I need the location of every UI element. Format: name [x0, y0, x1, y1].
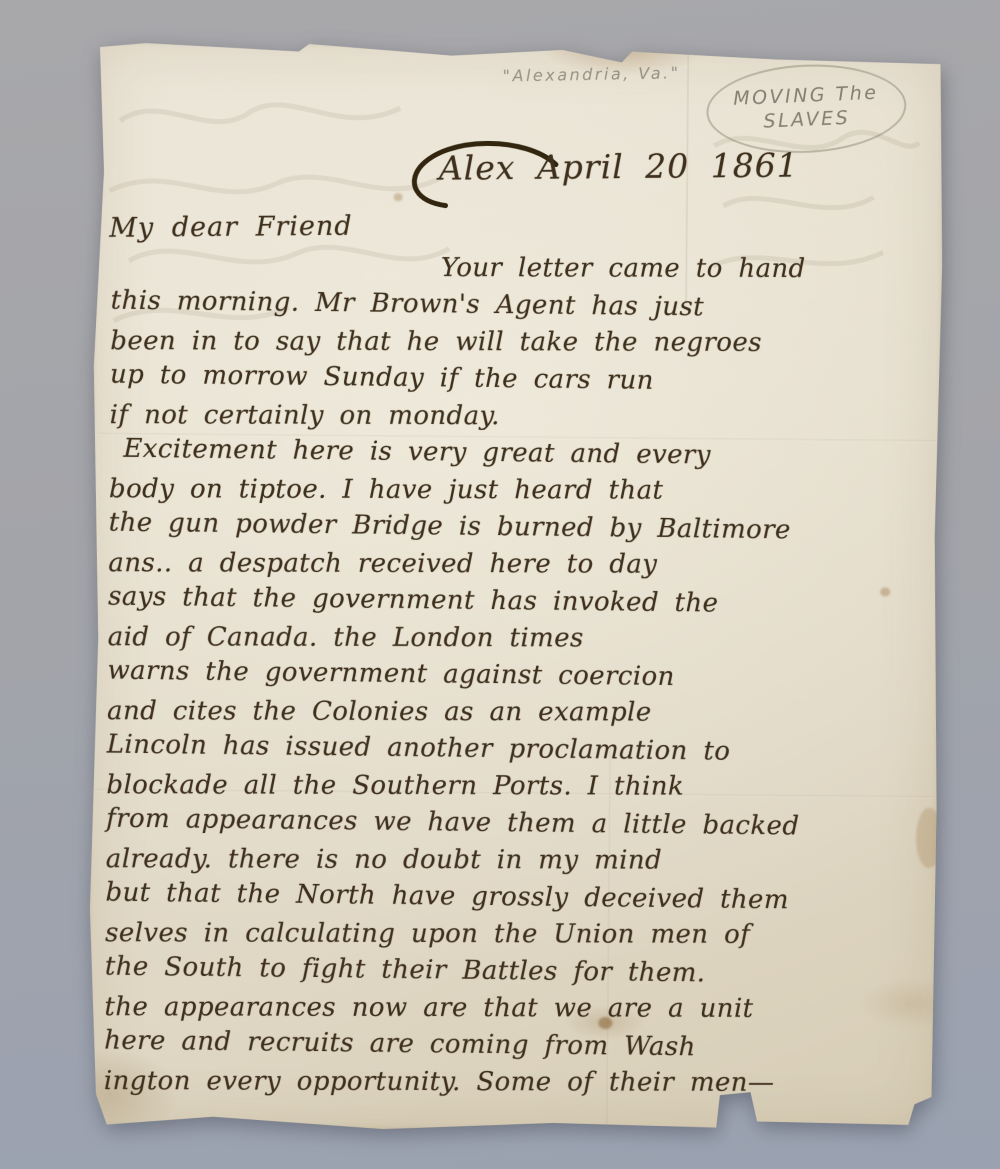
pencil-subject-note-circle: MOVING The SLAVES [705, 60, 909, 157]
letter-paper: "Alexandria, Va." MOVING The SLAVES Alex… [85, 41, 944, 1134]
stain-spot [916, 808, 943, 868]
letter-line: blockade all the Southern Ports. I think [106, 767, 918, 806]
letter-line: here and recruits are coming from Wash [104, 1023, 916, 1069]
letter-line: body on tiptoe. I have just heard that [109, 471, 921, 510]
letter-line: Excitement here is very great and every [109, 431, 921, 477]
pencil-subject-note-line2: SLAVES [763, 107, 851, 135]
letter-line: been in to say that he will take the neg… [110, 323, 922, 362]
letter-line: Lincoln has issued another proclamation … [107, 727, 919, 773]
letter-body: Your letter came to hand this morning. M… [104, 247, 923, 1105]
letter-line: the gun powder Bridge is burned by Balti… [109, 505, 921, 551]
letter-line: ington every opportunity. Some of their … [104, 1063, 916, 1102]
letter-line: the South to fight their Battles for the… [105, 949, 917, 995]
letter-line: if not certainly on monday. [110, 397, 922, 436]
photo-backdrop: "Alexandria, Va." MOVING The SLAVES Alex… [0, 0, 1000, 1169]
letter-line: but that the North have grossly deceived… [105, 875, 917, 921]
letter-dateline: Alex April 20 1861 [439, 146, 799, 188]
letter-line: Your letter came to hand [111, 249, 923, 288]
letter-line: already. there is no doubt in my mind [106, 841, 918, 880]
pencil-subject-note-line1: MOVING The [733, 82, 879, 112]
letter-line: up to morrow Sunday if the cars run [110, 357, 922, 403]
letter-line: the appearances now are that we are a un… [104, 989, 916, 1028]
letter-paper-wrap: "Alexandria, Va." MOVING The SLAVES Alex… [85, 41, 944, 1134]
letter-line: aid of Canada. the London times [108, 619, 920, 658]
stain-spot [394, 193, 403, 201]
letter-line: says that the government has invoked the [108, 579, 920, 625]
letter-line: ans.. a despatch received here to day [108, 545, 920, 584]
letter-salutation: My dear Friend [109, 211, 353, 244]
letter-line: from appearances we have them a little b… [106, 801, 918, 847]
letter-line: this morning. Mr Brown's Agent has just [110, 283, 922, 329]
letter-line: and cites the Colonies as an example [107, 693, 919, 732]
letter-line: selves in calculating upon the Union men… [105, 915, 917, 954]
letter-line: warns the government against coercion [107, 653, 919, 699]
pencil-location-note: "Alexandria, Va." [503, 63, 681, 85]
